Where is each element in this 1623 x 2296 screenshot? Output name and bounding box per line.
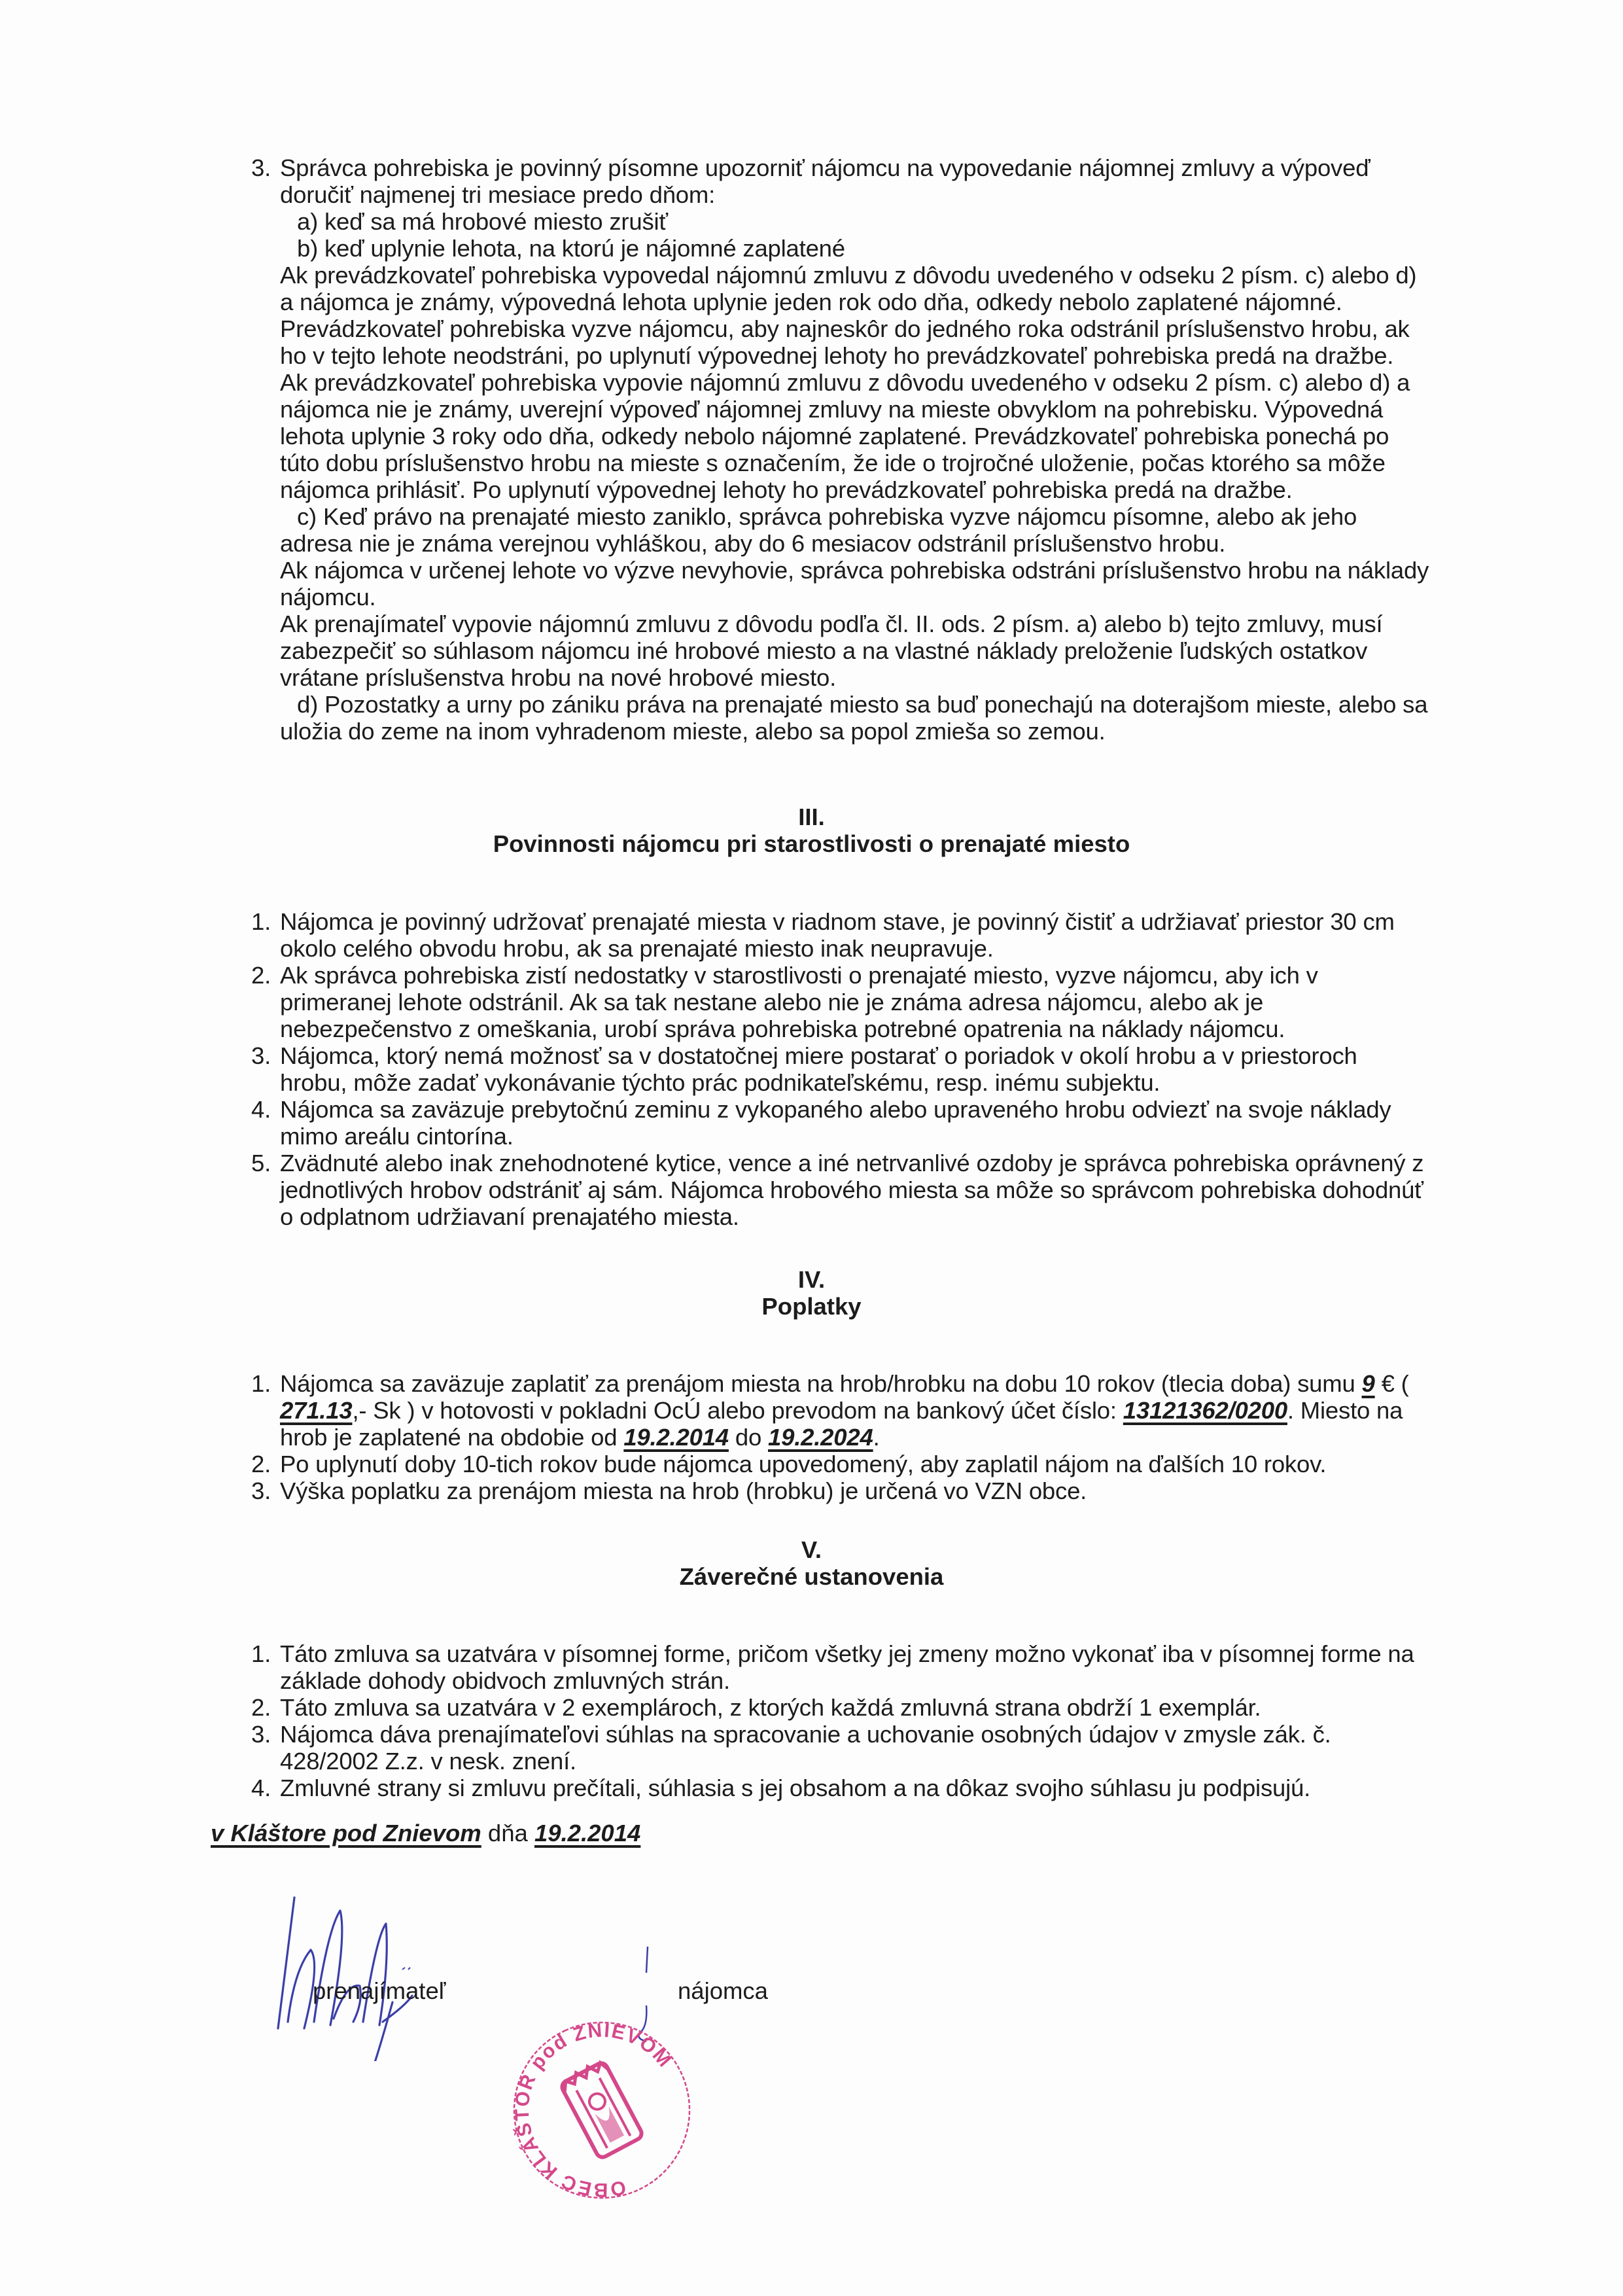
paragraph-line: adresa nie je známa verejnou vyhláškou, …: [251, 530, 1560, 557]
paragraph-line: primeranej lehote odstránil. Ak sa tak n…: [280, 989, 1560, 1016]
item-number: 3.: [251, 154, 280, 181]
period-date-from: 19.2.2014: [623, 1424, 729, 1451]
paragraph-line: Zvädnuté alebo inak znehodnotené kytice,…: [280, 1150, 1560, 1176]
paragraph-line: Ak správca pohrebiska zistí nedostatky v…: [280, 962, 1560, 989]
paragraph-line: doručiť najmenej tri mesiace predo dňom:: [251, 181, 1560, 208]
paragraph-line: Ak prevádzkovateľ pohrebiska vypovie náj…: [251, 369, 1560, 396]
fee-text: hrob je zaplatené na obdobie od: [280, 1424, 623, 1451]
item-number: 1.: [251, 1640, 271, 1667]
signing-date: 19.2.2014: [534, 1820, 640, 1846]
tenant-label: nájomca: [678, 1977, 768, 2005]
landlord-signature-line: ........................................…: [216, 1945, 556, 1958]
fee-amount-sk: 271.13: [280, 1397, 352, 1424]
list-item: 4.Nájomca sa zaväzuje prebytočnú zeminu …: [251, 1096, 1560, 1150]
sub-item-b: b) keď uplynie lehota, na ktorú je nájom…: [251, 235, 1560, 262]
section-2-item-3: 3.Správca pohrebiska je povinný písomne …: [251, 154, 1560, 745]
sub-item-a: a) keď sa má hrobové miesto zrušiť: [251, 208, 1560, 235]
list-item: 1.Nájomca je povinný udržovať prenajaté …: [251, 908, 1560, 962]
paragraph-line: Výška poplatku za prenájom miesta na hro…: [280, 1477, 1560, 1504]
svg-text:OBEC KLÁŠTOR pod ZNIEVOM: OBEC KLÁŠTOR pod ZNIEVOM: [510, 2019, 693, 2202]
item-number: 4.: [251, 1775, 271, 1801]
section-5-list: 1.Táto zmluva sa uzatvára v písomnej for…: [251, 1640, 1560, 1801]
fee-text: . Miesto na: [1287, 1397, 1403, 1424]
section-5-title: Záverečné ustanovenia: [0, 1563, 1623, 1590]
item-number: 2.: [251, 962, 271, 989]
fee-text: .: [873, 1424, 880, 1451]
list-item: 4.Zmluvné strany si zmluvu prečítali, sú…: [251, 1775, 1560, 1801]
coat-of-arms-icon: [559, 2058, 644, 2159]
item-number: 5.: [251, 1150, 271, 1176]
paragraph-line: ho v tejto lehote neodstráni, po uplynut…: [251, 342, 1560, 369]
paragraph-line: Nájomca, ktorý nemá možnosť sa v dostato…: [280, 1042, 1560, 1069]
sub-item-d: d) Pozostatky a urny po zániku práva na …: [251, 691, 1560, 718]
tenant-signature-line: ........................................…: [563, 1945, 883, 1958]
item-number: 1.: [251, 908, 271, 935]
list-item: 3.Nájomca dáva prenajímateľovi súhlas na…: [251, 1721, 1560, 1775]
paragraph-line: Nájomca je povinný udržovať prenajaté mi…: [280, 908, 1560, 935]
fee-text: do: [729, 1424, 768, 1451]
paragraph-line: o odplatnom udržiavaní prenajatého miest…: [280, 1203, 1560, 1230]
paragraph-line: Prevádzkovateľ pohrebiska vyzve nájomcu,…: [251, 315, 1560, 342]
official-stamp: OBEC KLÁŠTOR pod ZNIEVOM: [510, 2019, 693, 2202]
paragraph-line: lehota uplynie 3 roky odo dňa, odkedy ne…: [251, 423, 1560, 450]
stamp-text: OBEC KLÁŠTOR pod ZNIEVOM: [510, 2019, 693, 2202]
paragraph-line: vrátane príslušenstva hrobu na nové hrob…: [251, 664, 1560, 691]
list-item-fee: 1. Nájomca sa zaväzuje zaplatiť za prená…: [251, 1370, 1560, 1451]
fee-text: ,- Sk ) v hotovosti v pokladni OcÚ alebo…: [352, 1397, 1123, 1424]
landlord-label: prenajímateľ: [313, 1977, 445, 2005]
bank-account-number: 13121362/0200: [1123, 1397, 1287, 1424]
section-5-numeral: V.: [0, 1536, 1623, 1563]
list-item: 2.Táto zmluva sa uzatvára v 2 exemplároc…: [251, 1694, 1560, 1721]
paragraph-line: jednotlivých hrobov odstrániť aj sám. Ná…: [280, 1176, 1560, 1203]
paragraph-line: uložia do zeme na inom vyhradenom mieste…: [251, 718, 1560, 745]
fee-text: Nájomca sa zaväzuje zaplatiť za prenájom…: [280, 1370, 1362, 1397]
list-item: 1.Táto zmluva sa uzatvára v písomnej for…: [251, 1640, 1560, 1694]
period-date-to: 19.2.2024: [768, 1424, 873, 1451]
paragraph-line: Po uplynutí doby 10-tich rokov bude nájo…: [280, 1451, 1560, 1477]
paragraph-line: hrob je zaplatené na obdobie od 19.2.201…: [280, 1424, 1560, 1451]
paragraph-line: túto dobu príslušenstvo hrobu na mieste …: [251, 450, 1560, 476]
section-3-title: Povinnosti nájomcu pri starostlivosti o …: [0, 830, 1623, 857]
paragraph-line: základe dohody obidvoch zmluvných strán.: [280, 1667, 1560, 1694]
paragraph-line: a nájomca je známy, výpovedná lehota upl…: [251, 289, 1560, 315]
paragraph-line: 271.13,- Sk ) v hotovosti v pokladni OcÚ…: [280, 1397, 1560, 1424]
paragraph-line: Nájomca dáva prenajímateľovi súhlas na s…: [280, 1721, 1560, 1748]
section-3-list: 1.Nájomca je povinný udržovať prenajaté …: [251, 908, 1560, 1230]
signing-place: v Kláštore pod Znievom: [211, 1820, 481, 1846]
paragraph-line: hrobu, môže zadať vykonávanie týchto prá…: [280, 1069, 1560, 1096]
paragraph-line: okolo celého obvodu hrobu, ak sa prenaja…: [280, 935, 1560, 962]
list-item: 5.Zvädnuté alebo inak znehodnotené kytic…: [251, 1150, 1560, 1230]
paragraph-line: Táto zmluva sa uzatvára v 2 exemplároch,…: [280, 1694, 1560, 1721]
paragraph-line: nebezpečenstvo z omeškania, urobí správa…: [280, 1016, 1560, 1042]
list-item: 2.Ak správca pohrebiska zistí nedostatky…: [251, 962, 1560, 1042]
fee-amount-eur: 9: [1362, 1370, 1375, 1397]
paragraph-line: Nájomca sa zaväzuje zaplatiť za prenájom…: [280, 1370, 1560, 1397]
paragraph-line: mimo areálu cintorína.: [280, 1123, 1560, 1150]
list-item: 3.Výška poplatku za prenájom miesta na h…: [251, 1477, 1560, 1504]
landlord-signature: [249, 1871, 523, 2061]
sub-item-c: c) Keď právo na prenajaté miesto zaniklo…: [251, 503, 1560, 530]
paragraph-line: Ak nájomca v určenej lehote vo výzve nev…: [251, 557, 1560, 584]
paragraph-line: nájomcu.: [251, 584, 1560, 610]
section-4-title: Poplatky: [0, 1293, 1623, 1320]
item-number: 3.: [251, 1721, 271, 1748]
paragraph-line: nájomca prihlásiť. Po uplynutí výpovedne…: [251, 476, 1560, 503]
item-number: 2.: [251, 1451, 271, 1477]
item-number: 1.: [251, 1370, 271, 1397]
paragraph-line: Táto zmluva sa uzatvára v písomnej forme…: [280, 1640, 1560, 1667]
paragraph-line: Správca pohrebiska je povinný písomne up…: [280, 154, 1370, 181]
item-number: 4.: [251, 1096, 271, 1123]
item-number: 3.: [251, 1477, 271, 1504]
paragraph-line: Nájomca sa zaväzuje prebytočnú zeminu z …: [280, 1096, 1560, 1123]
paragraph-line: Ak prevádzkovateľ pohrebiska vypovedal n…: [251, 262, 1560, 289]
fee-text: € (: [1375, 1370, 1409, 1397]
paragraph-line: Zmluvné strany si zmluvu prečítali, súhl…: [280, 1775, 1560, 1801]
document-page: 3.Správca pohrebiska je povinný písomne …: [0, 0, 1623, 2296]
paragraph-line: 428/2002 Z.z. v nesk. znení.: [280, 1748, 1560, 1775]
item-number: 3.: [251, 1042, 271, 1069]
item-number: 2.: [251, 1694, 271, 1721]
section-3-numeral: III.: [0, 804, 1623, 830]
section-4-numeral: IV.: [0, 1266, 1623, 1293]
list-item: 2.Po uplynutí doby 10-tich rokov bude ná…: [251, 1451, 1560, 1477]
list-item: 3.Nájomca, ktorý nemá možnosť sa v dosta…: [251, 1042, 1560, 1096]
paragraph-line: Ak prenajímateľ vypovie nájomnú zmluvu z…: [251, 610, 1560, 637]
paragraph-line: nájomca nie je známy, uverejní výpoveď n…: [251, 396, 1560, 423]
paragraph-line: zabezpečiť so súhlasom nájomcu iné hrobo…: [251, 637, 1560, 664]
place-and-date: v Kláštore pod Znievom dňa 19.2.2014: [211, 1820, 640, 1846]
date-word: dňa: [481, 1820, 534, 1846]
section-4-list: 1. Nájomca sa zaväzuje zaplatiť za prená…: [251, 1370, 1560, 1504]
